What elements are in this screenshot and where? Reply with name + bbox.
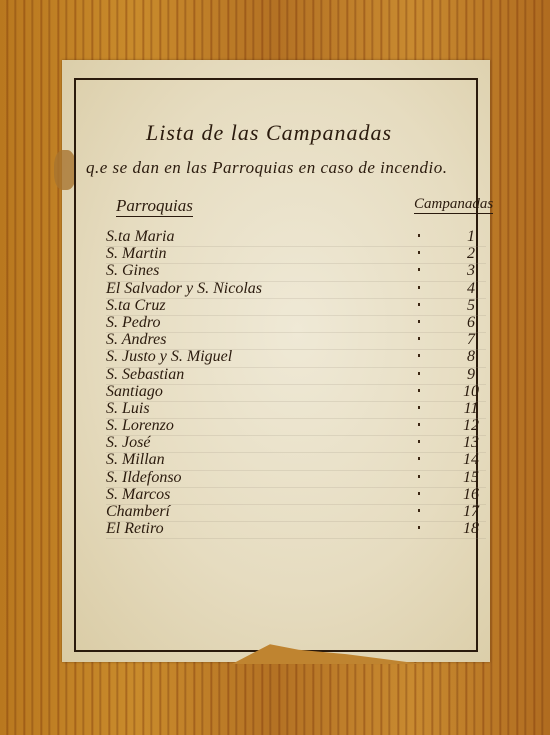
leader-dot bbox=[418, 303, 420, 306]
leader-dot bbox=[418, 286, 420, 289]
leader-dot bbox=[418, 440, 420, 443]
stroke-count: 12 bbox=[456, 417, 486, 435]
parish-name: Chamberí bbox=[106, 503, 170, 521]
leader-dot bbox=[418, 320, 420, 323]
stroke-count: 3 bbox=[456, 262, 486, 280]
parish-name: S. Gines bbox=[106, 262, 159, 280]
parish-name: S. Luis bbox=[106, 400, 150, 418]
document-title: Lista de las Campanadas bbox=[146, 120, 476, 146]
stroke-count: 15 bbox=[456, 469, 486, 487]
list-item: S. Martin2 bbox=[106, 247, 486, 264]
leader-dot bbox=[418, 423, 420, 426]
parish-name: Santiago bbox=[106, 383, 163, 401]
parish-name: S. Sebastian bbox=[106, 366, 184, 384]
list-item: Santiago10 bbox=[106, 385, 486, 402]
parish-name: S. Justo y S. Miguel bbox=[106, 348, 232, 366]
leader-dot bbox=[418, 268, 420, 271]
stroke-count: 16 bbox=[456, 486, 486, 504]
stroke-count: 4 bbox=[456, 280, 486, 298]
parish-name: S. José bbox=[106, 434, 150, 452]
parish-name: S. Marcos bbox=[106, 486, 170, 504]
stroke-count: 1 bbox=[456, 228, 486, 246]
list-item: El Retiro18 bbox=[106, 522, 486, 539]
list-item: S. Sebastian9 bbox=[106, 368, 486, 385]
leader-dot bbox=[418, 509, 420, 512]
stroke-count: 8 bbox=[456, 348, 486, 366]
leader-dot bbox=[418, 354, 420, 357]
parish-name: S.ta Maria bbox=[106, 228, 174, 246]
leader-dot bbox=[418, 406, 420, 409]
leader-dot bbox=[418, 492, 420, 495]
leader-dot bbox=[418, 251, 420, 254]
stroke-count: 9 bbox=[456, 366, 486, 384]
leader-dot bbox=[418, 337, 420, 340]
leader-dot bbox=[418, 457, 420, 460]
stroke-count: 6 bbox=[456, 314, 486, 332]
manuscript-page: Lista de las Campanadas q.e se dan en la… bbox=[62, 60, 490, 662]
stroke-count: 17 bbox=[456, 503, 486, 521]
leader-dot bbox=[418, 234, 420, 237]
leader-dot bbox=[418, 475, 420, 478]
stroke-count: 18 bbox=[456, 520, 486, 538]
parish-name: S. Millan bbox=[106, 451, 165, 469]
parish-name: El Retiro bbox=[106, 520, 164, 538]
stroke-count: 13 bbox=[456, 434, 486, 452]
parish-name: S. Ildefonso bbox=[106, 469, 182, 487]
stroke-count: 14 bbox=[456, 451, 486, 469]
parish-name: S. Lorenzo bbox=[106, 417, 174, 435]
list-item: S.ta Cruz5 bbox=[106, 299, 486, 316]
leader-dot bbox=[418, 389, 420, 392]
parish-name: S.ta Cruz bbox=[106, 297, 166, 315]
list-item: S. Lorenzo12 bbox=[106, 419, 486, 436]
parish-name: S. Pedro bbox=[106, 314, 161, 332]
document-subtitle: q.e se dan en las Parroquias en caso de … bbox=[86, 158, 486, 178]
column-header-parishes: Parroquias bbox=[116, 196, 193, 217]
stroke-count: 5 bbox=[456, 297, 486, 315]
parish-name: S. Martin bbox=[106, 245, 166, 263]
page-border: Lista de las Campanadas q.e se dan en la… bbox=[74, 78, 478, 652]
column-header-bell-strokes: Campanadas bbox=[414, 196, 493, 214]
stroke-count: 2 bbox=[456, 245, 486, 263]
stroke-count: 11 bbox=[456, 400, 486, 418]
parish-list: S.ta Maria1 S. Martin2 S. Gines3 El Salv… bbox=[106, 230, 486, 539]
leader-dot bbox=[418, 372, 420, 375]
stroke-count: 7 bbox=[456, 331, 486, 349]
stroke-count: 10 bbox=[456, 383, 486, 401]
parish-name: S. Andres bbox=[106, 331, 166, 349]
leader-dot bbox=[418, 526, 420, 529]
parish-name: El Salvador y S. Nicolas bbox=[106, 280, 262, 298]
paper-stain bbox=[54, 150, 76, 190]
